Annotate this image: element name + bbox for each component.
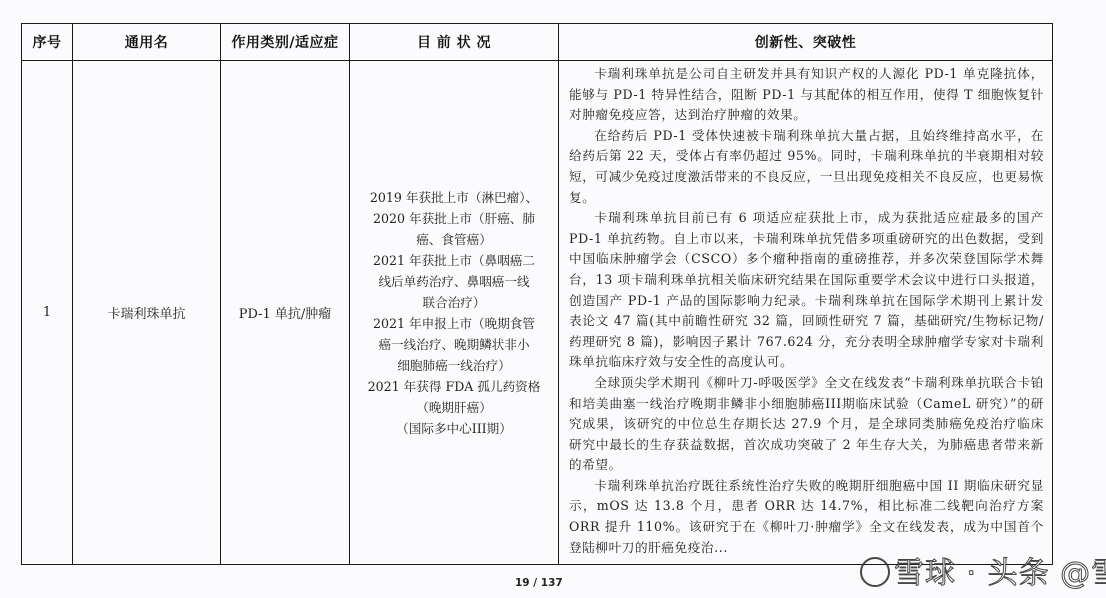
drug-pipeline-table: 序号 通用名 作用类别/适应症 目 前 状 况 创新性、突破性 1 卡瑞利珠单抗… (21, 23, 1053, 565)
status-line: 2021 年申报上市（晚期食管 (358, 313, 550, 334)
innovation-paragraph: 卡瑞利珠单抗是公司自主研发并具有知识产权的人源化 PD-1 单克隆抗体，能够与 … (569, 64, 1044, 126)
watermark: 雪球 · 头条 @雪球 (860, 548, 1106, 592)
page-number: 19 / 137 (515, 577, 563, 589)
status-line: 2021 年获批上市（鼻咽癌二 (358, 250, 550, 271)
cell-category: PD-1 单抗/肿瘤 (221, 61, 350, 565)
header-generic-name: 通用名 (73, 24, 221, 61)
cell-status: 2019 年获批上市（淋巴瘤）、 2020 年获批上市（肝癌、肺 癌、食管癌） … (350, 61, 559, 565)
header-category: 作用类别/适应症 (221, 24, 350, 61)
header-no: 序号 (22, 24, 73, 61)
table-row: 1 卡瑞利珠单抗 PD-1 单抗/肿瘤 2019 年获批上市（淋巴瘤）、 202… (22, 61, 1053, 565)
cell-no: 1 (22, 61, 73, 565)
status-line: 癌、食管癌） (358, 229, 550, 250)
watermark-text: 雪球 · 头条 @雪球 (894, 556, 1106, 591)
status-line: 2020 年获批上市（肝癌、肺 (358, 208, 550, 229)
header-innovation: 创新性、突破性 (559, 24, 1053, 61)
status-line: 线后单药治疗、鼻咽癌一线 (358, 271, 550, 292)
status-line: （国际多中心III期） (358, 418, 550, 439)
header-status: 目 前 状 况 (350, 24, 559, 61)
cell-innovation: 卡瑞利珠单抗是公司自主研发并具有知识产权的人源化 PD-1 单克隆抗体，能够与 … (559, 61, 1053, 565)
status-line: （晚期肝癌） (358, 397, 550, 418)
status-line: 细胞肺癌一线治疗） (358, 355, 550, 376)
cell-generic-name: 卡瑞利珠单抗 (73, 61, 221, 565)
innovation-paragraph: 卡瑞利珠单抗治疗既往系统性治疗失败的晚期肝细胞癌中国 II 期临床研究显示，mO… (569, 476, 1044, 558)
status-line: 癌一线治疗、晚期鳞状非小 (358, 334, 550, 355)
status-line: 2021 年获得 FDA 孤儿药资格 (358, 376, 550, 397)
status-line: 联合治疗） (358, 292, 550, 313)
table-header-row: 序号 通用名 作用类别/适应症 目 前 状 况 创新性、突破性 (22, 24, 1053, 61)
innovation-paragraph: 在给药后 PD-1 受体快速被卡瑞利珠单抗大量占据，且始终维持高水平，在给药后第… (569, 126, 1044, 208)
snowball-logo-icon (860, 557, 890, 587)
status-line: 2019 年获批上市（淋巴瘤）、 (358, 187, 550, 208)
innovation-paragraph: 全球顶尖学术期刊《柳叶刀-呼吸医学》全文在线发表“卡瑞利珠单抗联合卡铂和培美曲塞… (569, 373, 1044, 476)
innovation-paragraph: 卡瑞利珠单抗目前已有 6 项适应症获批上市，成为获批适应症最多的国产 PD-1 … (569, 208, 1044, 373)
